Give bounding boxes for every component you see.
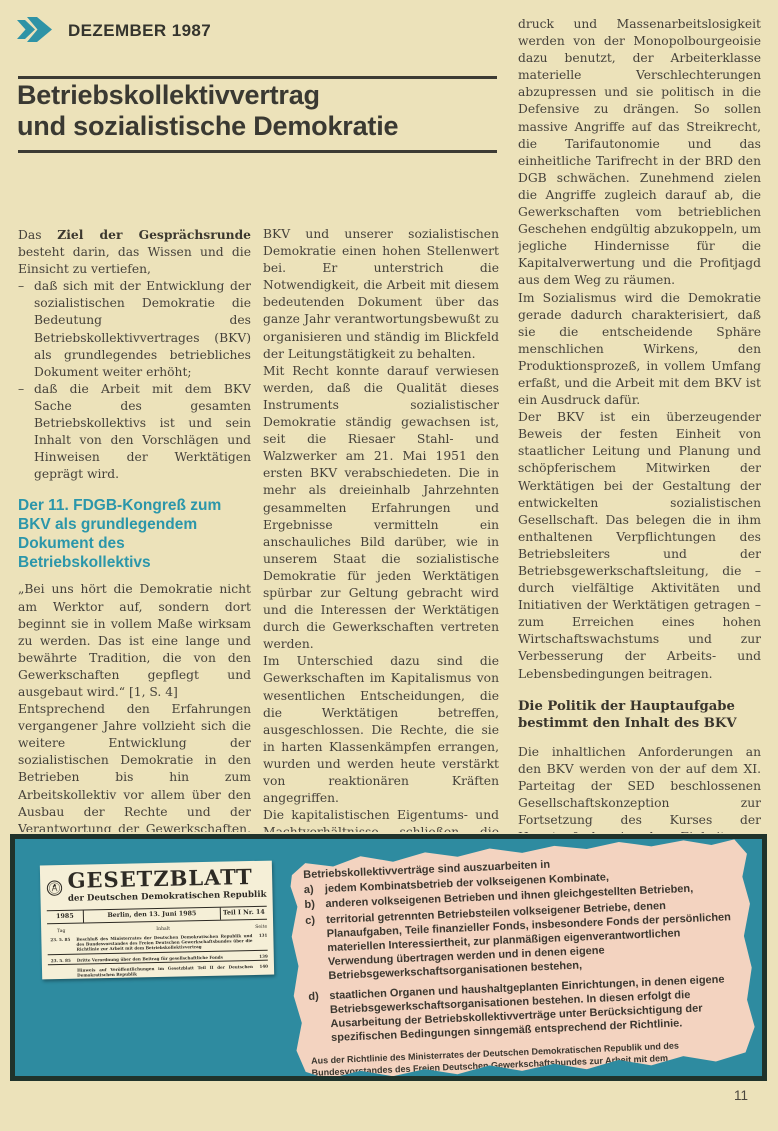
paragraph: Der BKV ist ein überzeugender Beweis der… [518,409,761,683]
gesetzblatt-part-number: Teil I Nr. 14 [220,907,267,920]
gesetzblatt-toc-row: Hinweis auf Veröffentlichungen im Gesetz… [48,964,268,979]
toc-row-seite: 131 [255,933,267,948]
dash-bullet: – [18,278,27,381]
paragraph: Die inhaltlichen Anforderungen an den BK… [518,744,761,833]
subheading-politik-hauptaufgabe: Die Politik der Hauptaufgabe bestimmt de… [518,698,761,732]
paragraph: Im Unterschied dazu sind die Gewerkschaf… [263,653,499,807]
page-number: 11 [734,1088,748,1103]
richtlinie-excerpt-note: Betriebskollektivverträge sind auszuarbe… [286,835,757,1081]
article-column-2: BKV und unserer sozialistischen Demokrat… [263,226,499,832]
paragraph: Entsprechend den Erfahrungen vergangener… [18,701,251,832]
gesetzblatt-masthead-row: GESETZBLATT der Deutschen Demokratischen… [46,865,267,908]
article-title: Betriebskollektivvertrag und sozialistis… [17,80,398,142]
paragraph: druck und Massenarbeitslosigkeit werden … [518,16,761,290]
subheading-fdgb-kongress: Der 11. FDGB-Kongreß zum BKV als grundle… [18,496,251,572]
gesetzblatt-titles: GESETZBLATT der Deutschen Demokratischen… [67,865,266,904]
lead-paragraph: Das Ziel der Gesprächsrunde besteht dari… [18,226,251,278]
toc-row-tag: 23. 5. 85 [48,957,74,963]
paragraph: Im Sozialismus wird die Demokratie gerad… [518,290,761,410]
lead-text-post: besteht darin, das Wissen und die Einsic… [18,245,251,276]
dash-list-item: – daß die Arbeit mit dem BKV Sache des g… [18,381,251,484]
toc-col-tag: Tag [47,929,75,935]
toc-row-seite: 139 [256,953,268,958]
excerpt-item-label: b) [304,898,319,913]
toc-col-inhalt: Inhalt [75,925,251,934]
toc-row-tag [48,968,74,979]
gesetzblatt-year: 1985 [47,911,84,924]
toc-row-seite: 140 [256,964,268,974]
dash-list-item: – daß sich mit der Entwicklung der sozia… [18,278,251,381]
double-chevron-icon [16,16,53,43]
gesetzblatt-clipping: GESETZBLATT der Deutschen Demokratischen… [40,861,274,980]
toc-row-inhalt: Hinweis auf Veröffentlichungen im Gesetz… [77,964,253,978]
toc-col-seite: Seite [251,925,267,930]
gesetzblatt-title: GESETZBLATT [67,865,266,893]
page-header: DEZEMBER 1987 [16,16,211,43]
excerpt-item-label: c) [305,913,322,985]
paragraph: Mit Recht konnte darauf verwiesen werden… [263,363,499,654]
paragraph: BKV und unserer sozialistischen Demokrat… [263,226,499,363]
paragraph: Die kapitalistischen Eigentums- und Mach… [263,807,499,832]
article-column-3: druck und Massenarbeitslosigkeit werden … [518,16,761,833]
dash-bullet: – [18,381,27,484]
lead-text-pre: Das [18,228,57,242]
magazine-page: DEZEMBER 1987 Betriebskollektivvertrag u… [0,0,778,1131]
excerpt-item-label: d) [308,989,324,1046]
dash-item-text: daß die Arbeit mit dem BKV Sache des ges… [34,381,251,484]
toc-row-inhalt: Dritte Verordnung über den Beitrag für g… [77,954,253,963]
dash-item-text: daß sich mit der Entwicklung der soziali… [34,278,251,381]
lead-text-bold: Ziel der Gesprächsrunde [57,227,251,242]
excerpt-item-text: staatlichen Organen und haushaltgeplante… [329,972,736,1046]
bkv-richtlinie-infobox: GESETZBLATT der Deutschen Demokratischen… [10,834,767,1081]
article-title-line2: und sozialistische Demokratie [17,111,398,142]
ddr-emblem-icon [46,869,63,907]
excerpt-item-d: d) staatlichen Organen und haushaltgepla… [308,972,736,1047]
paragraph: „Bei uns hört die Demokratie nicht am We… [18,581,251,701]
excerpt-source-note: Aus der Richtlinie des Ministerrates der… [311,1038,738,1081]
gesetzblatt-toc-row: 23. 5. 85 Beschluß des Ministerrates der… [47,933,267,955]
title-rule-top [18,76,497,79]
title-rule-bottom [18,150,497,153]
article-column-1: Das Ziel der Gesprächsrunde besteht dari… [18,226,251,832]
toc-row-tag: 23. 5. 85 [47,937,73,953]
toc-row-inhalt: Beschluß des Ministerrates der Deutschen… [76,933,252,952]
excerpt-item-label: a) [304,883,319,898]
gesetzblatt-dateline: Berlin, den 13. Juni 1985 [84,908,220,923]
article-title-line1: Betriebskollektivvertrag [17,80,398,111]
gesetzblatt-dateline-row: 1985 Berlin, den 13. Juni 1985 Teil I Nr… [47,906,267,925]
issue-date: DEZEMBER 1987 [68,19,211,41]
